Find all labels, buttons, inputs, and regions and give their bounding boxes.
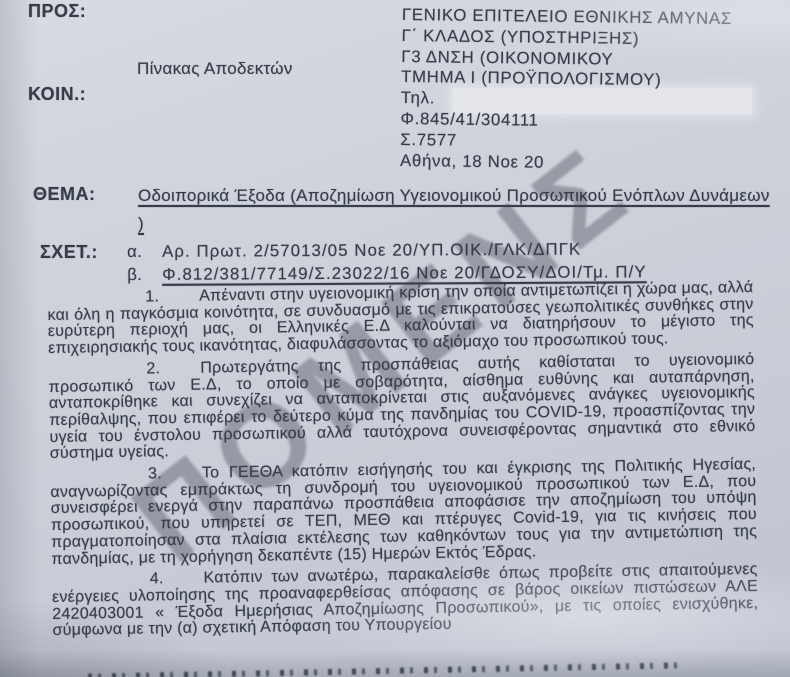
to-value: Πίνακας Αποδεκτών [137, 59, 293, 79]
body-paragraphs: 1.Απέναντι στην υγειονομική κρίση την οπ… [47, 280, 758, 645]
document-photo: ΠΟΜΕΝΣ ΠΡΟΣ: Πίνακας Αποδεκτών ΚΟΙΝ.: ΓΕ… [0, 0, 790, 677]
paragraph-2: 2.Πρωτεργάτης της προσπάθειας αυτής καθί… [48, 352, 755, 463]
issuer-line-date: Αθήνα, 18 Νοε 20 [400, 151, 730, 176]
paragraph-number: 4. [150, 570, 164, 587]
ref-text: Αρ. Πρωτ. 2/57013/05 Νοε 20/ΥΠ.ΟΙΚ./ΓΛΚ/… [162, 240, 581, 261]
screenshot-root: { "document": { "watermark": "ΠΟΜΕΝΣ", "… [0, 0, 790, 677]
subject-label: ΘΕΜΑ: [33, 184, 96, 205]
paragraph-1: 1.Απέναντι στην υγειονομική κρίση την οπ… [47, 280, 754, 358]
subject-text: Οδοιπορικά Έξοδα (Αποζημίωση Υγειονομικο… [138, 182, 770, 238]
document-content: ΠΡΟΣ: Πίνακας Αποδεκτών ΚΟΙΝ.: ΓΕΝΙΚΟ ΕΠ… [0, 0, 790, 677]
paragraph-3: 3.Το ΓΕΕΘΑ κατόπιν εισήγησής του και έγκ… [50, 457, 757, 568]
refs-list: α.Αρ. Πρωτ. 2/57013/05 Νοε 20/ΥΠ.ΟΙΚ./ΓΛ… [127, 237, 787, 286]
issuer-line: ΤΜΗΜΑ Ι (ΠΡΟΫΠΟΛΟΓΙΣΜΟΥ) [401, 67, 731, 92]
cc-label: ΚΟΙΝ.: [28, 84, 86, 105]
paragraph-number: 1. [145, 288, 159, 305]
ref-index: β. [127, 263, 162, 286]
ref-index: α. [127, 240, 162, 263]
clipped-text-line [88, 662, 678, 677]
paragraph-number: 2. [146, 360, 160, 377]
paragraph-4: 4.Κατόπιν των ανωτέρω, παρακαλείσθε όπως… [52, 562, 759, 640]
paragraph-number: 3. [148, 465, 162, 482]
ref-item: α.Αρ. Πρωτ. 2/57013/05 Νοε 20/ΥΠ.ΟΙΚ./ΓΛ… [127, 237, 787, 263]
ref-text: Φ.812/381/77149/Σ.23022/16 Νοε 20/ΓΔΟΣΥ/… [162, 262, 647, 284]
refs-label: ΣΧΕΤ.: [40, 242, 98, 263]
to-label: ΠΡΟΣ: [28, 1, 86, 22]
issuer-block: ΓΕΝΙΚΟ ΕΠΙΤΕΛΕΙΟ ΕΘΝΙΚΗΣ ΑΜΥΝΑΣ Γ΄ ΚΛΑΔΟ… [400, 5, 732, 175]
